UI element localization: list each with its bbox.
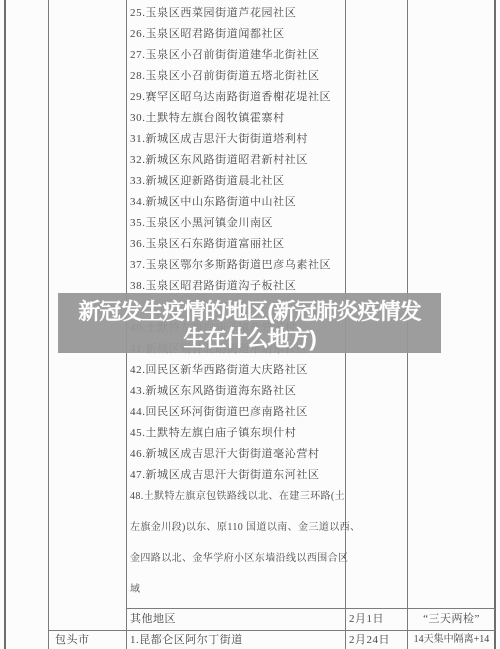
title-line-2: 生在什么地方): [58, 325, 441, 352]
area-list-item: 35.玉泉区小黑河镇金川南区: [130, 213, 343, 234]
epidemic-area-document: 25.玉泉区西菜园街道芦花园社区 26.玉泉区昭君路街道闻都社区 27.玉泉区小…: [0, 0, 500, 649]
area-list-item: 31.新城区成吉思汗大街街道塔利村: [130, 129, 343, 150]
area-list-item: 33.新城区迎新路街道晨北社区: [130, 171, 343, 192]
area-list-item: 27.玉泉区小召前街街道建华北街社区: [130, 45, 343, 66]
city-date: 2月24日: [349, 631, 405, 649]
area-list-item: 37.玉泉区鄂尔多斯路街道巴彦乌素社区: [130, 255, 343, 276]
area-list-item: 42.回民区新华西路街道大庆路社区: [130, 360, 343, 381]
area-list-item: 28.玉泉区小召前街街道五塔北街社区: [130, 66, 343, 87]
table-border-col1: [48, 0, 49, 649]
city-measure: 14天集中隔离+14: [408, 631, 495, 649]
title-line-1: 新冠发生疫情的地区(新冠肺炎疫情发: [58, 298, 441, 325]
other-area-measure: “三天两检”: [408, 609, 495, 630]
area-item-48: 48.土默特左旗京包铁路线以北、在建三环路(土 左旗金川段)以东、原110 国道…: [130, 481, 345, 605]
area-48-line: 域: [130, 574, 345, 605]
area-list-item: 29.赛罕区昭乌达南路街道香榭花堤社区: [130, 87, 343, 108]
area-48-line: 金四路以北、金华学府小区东墙沿线以西围合区: [130, 543, 345, 574]
area-48-line: 左旗金川段)以东、原110 国道以南、金三道以西、: [130, 512, 345, 543]
city-name: 包头市: [55, 631, 125, 649]
area-list-item: 45.土默特左旗白庙子镇东坝什村: [130, 423, 343, 444]
area-list-item: 43.新城区东风路街道海东路社区: [130, 381, 343, 402]
area-list-item: 26.玉泉区昭君路街道闻都社区: [130, 24, 343, 45]
area-list-item: 32.新城区东风路街道昭君新村社区: [130, 150, 343, 171]
area-list: 25.玉泉区西菜园街道芦花园社区 26.玉泉区昭君路街道闻都社区 27.玉泉区小…: [130, 3, 343, 486]
table-border-left: [4, 0, 6, 649]
area-list-item: 30.土默特左旗台阁牧镇霍寨村: [130, 108, 343, 129]
area-list-item: 36.玉泉区石东路街道富丽社区: [130, 234, 343, 255]
area-list-item: 44.回民区环河街街道巴彦南路社区: [130, 402, 343, 423]
other-area-label: 其他地区: [130, 609, 342, 630]
area-list-item: 34.新城区中山东路街道中山社区: [130, 192, 343, 213]
table-border-right: [494, 0, 496, 649]
area-list-item: 25.玉泉区西菜园街道芦花园社区: [130, 3, 343, 24]
area-48-line: 48.土默特左旗京包铁路线以北、在建三环路(土: [130, 481, 345, 512]
other-area-date: 2月1日: [349, 609, 405, 630]
title-overlay-banner: 新冠发生疫情的地区(新冠肺炎疫情发 生在什么地方): [58, 293, 441, 353]
area-list-item: 46.新城区成吉思汗大街街道毫沁营村: [130, 444, 343, 465]
city-first-area: 1.昆都仑区阿尔丁街道: [130, 631, 342, 649]
